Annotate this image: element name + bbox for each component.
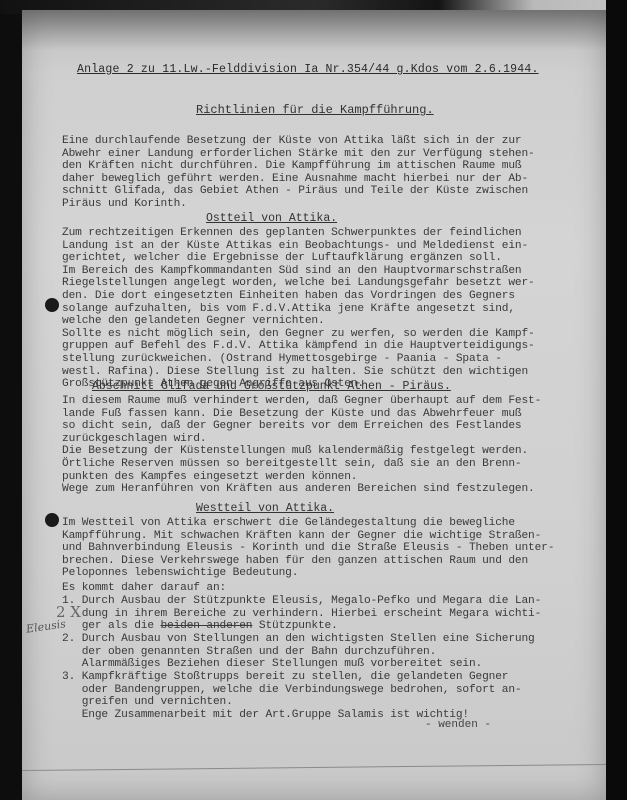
section-body-glifada: In diesem Raume muß verhindert werden, d…: [62, 395, 592, 496]
document-title: Richtlinien für die Kampfführung.: [196, 103, 434, 117]
body-line: Zum rechtzeitigen Erkennen des geplanten…: [62, 227, 521, 239]
section-heading-westteil: Westteil von Attika.: [196, 502, 334, 515]
body-line: Wege zum Heranführen von Kräften aus and…: [62, 483, 535, 495]
list-item-2: 2. Durch Ausbau von Stellungen an den wi…: [62, 633, 602, 671]
intro-line: schnitt Glifada, das Gebiet Athen - Pirä…: [62, 185, 528, 197]
body-line: Riegelstellungen angelegt worden, welche…: [62, 277, 535, 289]
intro-line: Eine durchlaufende Besetzung der Küste v…: [62, 135, 521, 147]
section-heading-glifada: Abschnitt Glifada und Großstützpunkt Ath…: [92, 380, 451, 393]
section-body-westteil: Im Westteil von Attika erschwert die Gel…: [62, 517, 592, 580]
intro-line: Abwehr einer Landung erforderlichen Stär…: [62, 148, 535, 160]
body-line: Im Bereich des Kampfkommandanten Süd sin…: [62, 265, 521, 277]
body-line: Sollte es nicht möglich sein, den Gegner…: [62, 328, 535, 340]
punch-hole-bottom: [45, 513, 59, 527]
body-line: lande Fuß fassen kann. Die Besetzung der…: [62, 408, 521, 420]
body-line: Die Besetzung der Küstenstellungen muß k…: [62, 445, 528, 457]
turn-page-note: - wenden -: [425, 719, 491, 731]
body-line: In diesem Raume muß verhindert werden, d…: [62, 395, 541, 407]
list-line: Durch Ausbau der Stützpunkte Eleusis, Me…: [82, 595, 541, 607]
list-line-with-strikethrough: ger als die beiden anderen Stützpunkte.: [82, 620, 338, 632]
section-heading-ostteil: Ostteil von Attika.: [206, 212, 337, 225]
list-number: 2.: [62, 633, 75, 645]
list-item-3: 3. Kampfkräftige Stoßtrupps bereit zu st…: [62, 671, 602, 721]
list-line: greifen und vernichten.: [82, 696, 233, 708]
document-reference-line: Anlage 2 zu 11.Lw.-Felddivision Ia Nr.35…: [77, 63, 539, 76]
body-line: Kampfführung. Mit schwachen Kräften kann…: [62, 530, 541, 542]
struck-text: beiden anderen: [160, 620, 252, 632]
intro-line: Piräus und Korinth.: [62, 198, 187, 210]
body-line: punkten des Kampfes eingesetzt werden kö…: [62, 471, 357, 483]
list-number: 3.: [62, 671, 75, 683]
list-line: Kampfkräftige Stoßtrupps bereit zu stell…: [82, 671, 509, 683]
list-line: Durch Ausbau von Stellungen an den wicht…: [82, 633, 535, 645]
body-line: Örtliche Reserven müssen so bereitgestel…: [62, 458, 521, 470]
body-line: Im Westteil von Attika erschwert die Gel…: [62, 517, 515, 529]
body-line: gruppen auf Befehl des F.d.V. Attika käm…: [62, 340, 535, 352]
body-line: so dicht sein, daß der Gegner bereits vo…: [62, 420, 521, 432]
body-line: solange aufzuhalten, bis vom F.d.V.Attik…: [62, 303, 515, 315]
body-line: Peloponnes lebenswichtige Bedeutung.: [62, 567, 298, 579]
intro-line: daher beweglich geführt werden. Eine Aus…: [62, 173, 528, 185]
list-line: Enge Zusammenarbeit mit der Art.Gruppe S…: [82, 709, 469, 721]
body-line: westl. Rafina). Diese Stellung ist zu ha…: [62, 366, 528, 378]
body-line: und Bahnverbindung Eleusis - Korinth und…: [62, 542, 554, 554]
list-line: oder Bandengruppen, welche die Verbindun…: [82, 684, 522, 696]
body-line: den. Die dort eingesetzten Einheiten hab…: [62, 290, 515, 302]
body-line: stellung zurückweichen. (Ostrand Hymetto…: [62, 353, 502, 365]
body-line: Landung ist an der Küste Attikas ein Beo…: [62, 240, 528, 252]
list-line: der oben genannten Straßen und der Bahn …: [82, 646, 436, 658]
list-item-1: 1. Durch Ausbau der Stützpunkte Eleusis,…: [62, 595, 602, 633]
intro-paragraph: Eine durchlaufende Besetzung der Küste v…: [62, 135, 592, 211]
list-intro: Es kommt daher darauf an:: [62, 582, 592, 595]
body-line: gerichtet, welcher die Ergebnisse der Lu…: [62, 252, 502, 264]
section-body-ostteil: Zum rechtzeitigen Erkennen des geplanten…: [62, 227, 592, 391]
list-line: dung in ihrem Bereiche zu verhindern. Hi…: [82, 608, 541, 620]
punch-hole-top: [45, 298, 59, 312]
list-line: Alarmmäßiges Beziehen dieser Stellungen …: [82, 658, 482, 670]
body-line: zurückgeschlagen wird.: [62, 433, 206, 445]
body-line: brechen. Diese Verkehrswege haben für de…: [62, 555, 528, 567]
scan-background-right: [606, 0, 627, 800]
body-line: welche den gelandeten Gegner vernichten.: [62, 315, 325, 327]
intro-line: den Kräften nicht durchführen. Die Kampf…: [62, 160, 521, 172]
